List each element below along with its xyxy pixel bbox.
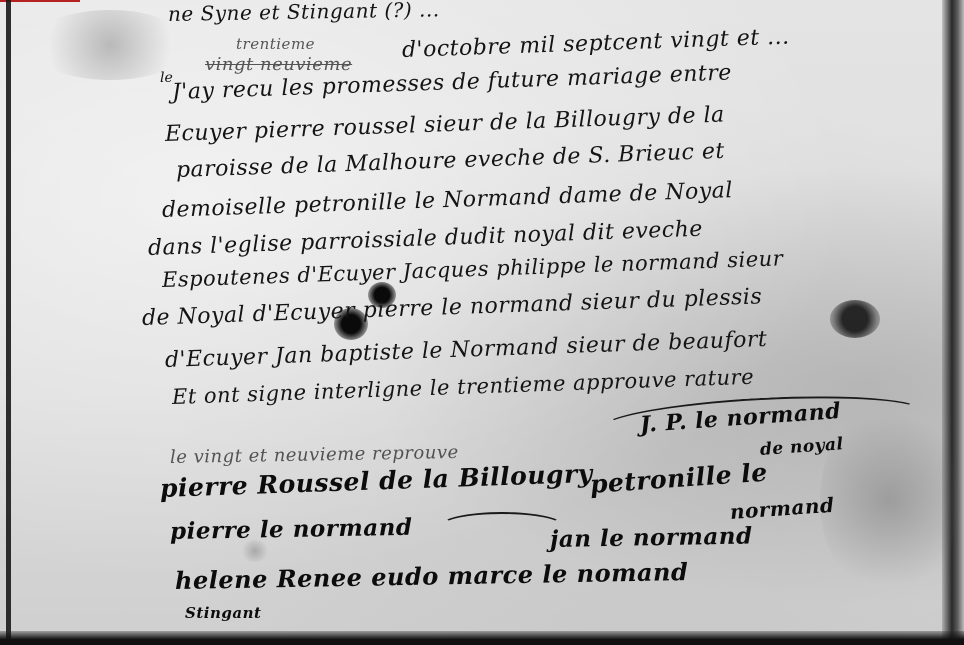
signature: pierre le normand xyxy=(170,514,413,545)
signature: normand xyxy=(729,493,835,524)
text-line: Et ont signe interligne le trentieme app… xyxy=(172,365,755,409)
signature: helene Renee eudo marce le nomand xyxy=(175,557,689,595)
top-edge-stripe xyxy=(0,0,80,2)
signature: Stingant xyxy=(185,604,261,622)
text-line: Ecuyer pierre roussel sieur de la Billou… xyxy=(165,102,726,147)
text-line: de Noyal d'Ecuyer pierre le normand sieu… xyxy=(142,284,763,331)
text-line: paroisse de la Malhoure eveche de S. Bri… xyxy=(176,139,726,183)
ink-blot xyxy=(830,300,880,338)
text-line: ne Syne et Stingant (?) ... xyxy=(168,0,440,26)
register-page: le ne Syne et Stingant (?) ... trentieme… xyxy=(0,0,964,645)
struck-text: vingt neuvieme xyxy=(205,54,352,75)
interlinear-text: trentieme xyxy=(236,35,315,53)
signature-flourish xyxy=(440,512,564,540)
text-line: demoiselle petronille le Normand dame de… xyxy=(162,178,734,223)
signature: petronille le xyxy=(589,458,769,499)
text-line: d'Ecuyer Jan baptiste le Normand sieur d… xyxy=(165,327,768,373)
page-bottom-edge xyxy=(0,631,964,645)
signature: jan le normand xyxy=(550,522,753,553)
left-margin-rule xyxy=(6,0,11,645)
text-line: d'octobre mil septcent vingt et ... xyxy=(402,24,790,63)
